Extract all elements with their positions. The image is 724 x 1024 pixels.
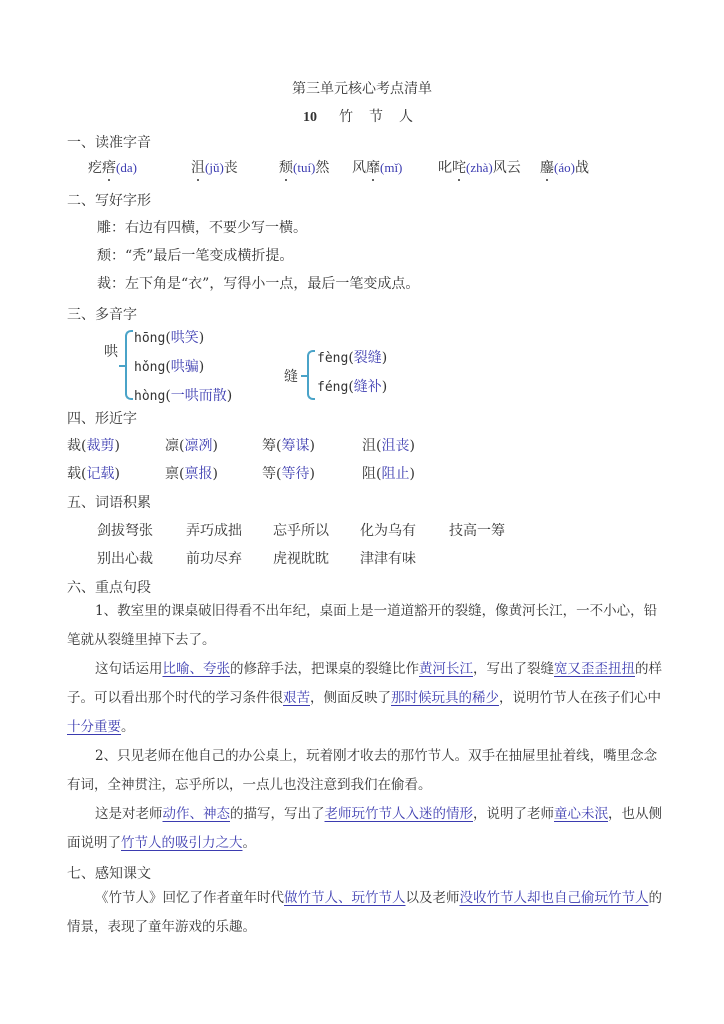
writing-note: 裁：左下角是“衣”，写得小一点，最后一笔变成点。: [97, 273, 419, 293]
vocabulary-item: 弄巧成拙: [186, 520, 242, 540]
key-phrase: 那时候玩具的稀少: [391, 690, 499, 706]
polyphone-char: 哄: [104, 341, 118, 361]
similar-char-item: 禀(禀报): [165, 463, 218, 483]
key-passage-1: 1、教室里的课桌破旧得看不出年纪，桌面上是一道道豁开的裂缝，像黄河长江，一不小心…: [67, 597, 663, 655]
lesson-number: 10: [303, 110, 317, 125]
writing-note: 雕：右边有四横，不要少写一横。: [97, 217, 307, 237]
analysis-1: 这句话运用比喻、夸张的修辞手法，把课桌的裂缝比作黄河长江，写出了裂缝宽又歪歪扭扭…: [67, 655, 663, 742]
key-phrase: 没收竹节人却也自己偷玩竹节人: [460, 890, 649, 906]
polyphone-reading: fèng(裂缝): [317, 347, 387, 367]
section-heading-writing: 二、写好字形: [67, 190, 151, 210]
lesson-title-char: 竹: [339, 109, 353, 125]
key-phrase: 做竹节人、玩竹节人: [284, 890, 406, 906]
key-phrase: 比喻、夸张: [163, 661, 231, 677]
lesson-title-char: 节: [369, 109, 383, 125]
similar-char-item: 沮(沮丧): [362, 435, 415, 455]
vocabulary-item: 技高一筹: [449, 520, 505, 540]
similar-char-item: 筹(筹谋): [262, 435, 315, 455]
pronunciation-item: 沮(jǔ)丧: [191, 157, 238, 177]
key-phrase: 动作、神态: [163, 806, 231, 822]
similar-char-item: 凛(凛冽): [165, 435, 218, 455]
brace-icon: [125, 330, 133, 400]
section-heading-vocabulary: 五、词语积累: [67, 492, 151, 512]
similar-char-item: 等(等待): [262, 463, 315, 483]
polyphone-reading: hǒng(哄骗): [134, 356, 204, 376]
key-phrase: 宽又歪歪扭扭: [554, 661, 635, 677]
brace-icon: [307, 350, 315, 400]
pronunciation-item: 风靡(mǐ): [352, 157, 402, 177]
similar-char-item: 载(记载): [67, 463, 120, 483]
vocabulary-item: 津津有味: [360, 548, 416, 568]
pronunciation-item: 颓(tuí)然: [279, 157, 329, 177]
section-heading-similar-chars: 四、形近字: [67, 408, 137, 428]
polyphone-char: 缝: [284, 366, 298, 386]
vocabulary-item: 虎视眈眈: [273, 548, 329, 568]
vocabulary-item: 剑拔弩张: [97, 520, 153, 540]
key-phrase: 十分重要: [67, 719, 121, 735]
pronunciation-item: 鏖(áo)战: [540, 157, 589, 177]
vocabulary-item: 前功尽弃: [186, 548, 242, 568]
lesson-title: 10竹节人: [0, 106, 724, 126]
section-heading-key-passages: 六、重点句段: [67, 577, 151, 597]
similar-char-item: 阻(阻止): [362, 463, 415, 483]
vocabulary-item: 化为乌有: [360, 520, 416, 540]
key-phrase: 童心未泯: [554, 806, 608, 822]
polyphone-reading: hōng(哄笑): [134, 327, 204, 347]
key-passage-2: 2、只见老师在他自己的办公桌上，玩着刚才收去的那竹节人。双手在抽屉里扯着线，嘴里…: [67, 742, 663, 800]
analysis-2: 这是对老师动作、神态的描写，写出了老师玩竹节人入迷的情形，说明了老师童心未泯，也…: [67, 800, 663, 858]
section-heading-pronunciation: 一、读准字音: [67, 132, 151, 152]
polyphone-reading: hòng(一哄而散): [134, 385, 232, 405]
vocabulary-item: 别出心裁: [97, 548, 153, 568]
vocabulary-item: 忘乎所以: [273, 520, 329, 540]
key-phrase: 艰苦: [283, 690, 310, 706]
section-heading-polyphones: 三、多音字: [67, 304, 137, 324]
pronunciation-item: 疙瘩(da): [88, 157, 137, 177]
key-phrase: 老师玩竹节人入迷的情形: [325, 806, 474, 822]
pronunciation-item: 叱咤(zhà)风云: [438, 157, 521, 177]
lesson-title-char: 人: [399, 109, 413, 125]
writing-note: 颓：“秃”最后一笔变成横折提。: [97, 245, 293, 265]
similar-char-item: 裁(裁剪): [67, 435, 120, 455]
document-title: 第三单元核心考点清单: [0, 78, 724, 98]
polyphone-reading: féng(缝补): [317, 376, 387, 396]
text-overview: 《竹节人》回忆了作者童年时代做竹节人、玩竹节人以及老师没收竹节人却也自己偷玩竹节…: [67, 884, 663, 942]
section-heading-text-overview: 七、感知课文: [67, 863, 151, 883]
key-phrase: 黄河长江: [419, 661, 473, 677]
key-phrase: 竹节人的吸引力之大: [121, 835, 243, 851]
